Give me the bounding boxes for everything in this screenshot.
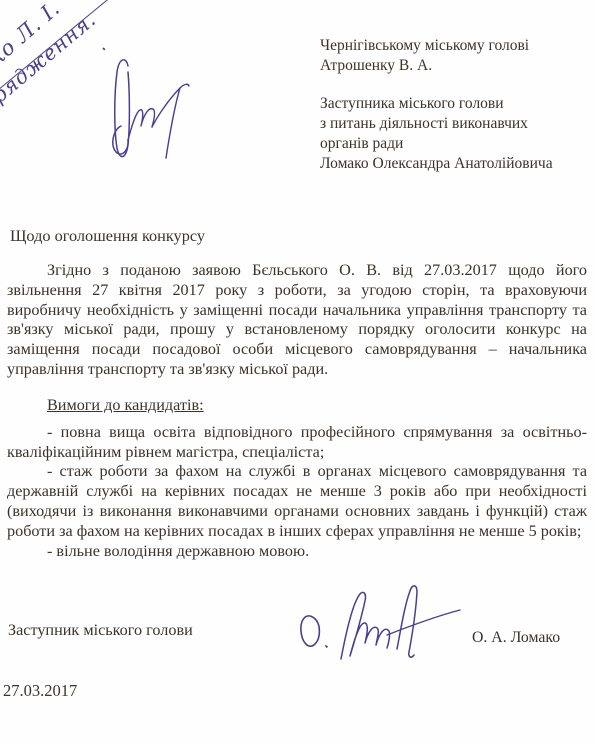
sender-line: Заступника міського голови: [320, 94, 588, 114]
body-paragraph: Згідно з поданою заявою Бєльського О. В.…: [7, 261, 587, 380]
sender-line: Ломако Олександра Анатолійовича: [320, 154, 588, 174]
scanned-letter-page: еко Л. І. порядження. Чернігівському міс…: [0, 0, 595, 744]
sender-block: Заступника міського голови з питань діял…: [320, 94, 588, 174]
sender-line: органів ради: [320, 134, 588, 154]
resolution-signature-scribble: [104, 49, 190, 159]
requirement-item: - вільне володіння державною мовою.: [7, 542, 587, 562]
signer-position-title: Заступник міського голови: [8, 621, 193, 640]
recipient-line: Атрошенку В. А.: [320, 56, 588, 76]
requirements-heading: Вимоги до кандидатів:: [47, 396, 587, 416]
requirements-section: Вимоги до кандидатів: - повна вища освіт…: [7, 396, 587, 561]
lomako-signature: [301, 586, 460, 659]
recipient-line: Чернігівському міському голові: [320, 36, 588, 56]
subject-line: Щодо оголошення конкурсу: [10, 226, 205, 246]
requirement-item: - стаж роботи за фахом на службі в орган…: [7, 462, 587, 541]
addressee-block: Чернігівському міському голові Атрошенку…: [320, 36, 588, 174]
document-date: 27.03.2017: [3, 681, 77, 701]
sender-line: з питань діяльності виконавчих: [320, 114, 588, 134]
signer-name: О. А. Ломако: [472, 629, 560, 647]
recipient-block: Чернігівському міському голові Атрошенку…: [320, 36, 588, 76]
requirement-item: - повна вища освіта відповідного професі…: [7, 423, 587, 463]
